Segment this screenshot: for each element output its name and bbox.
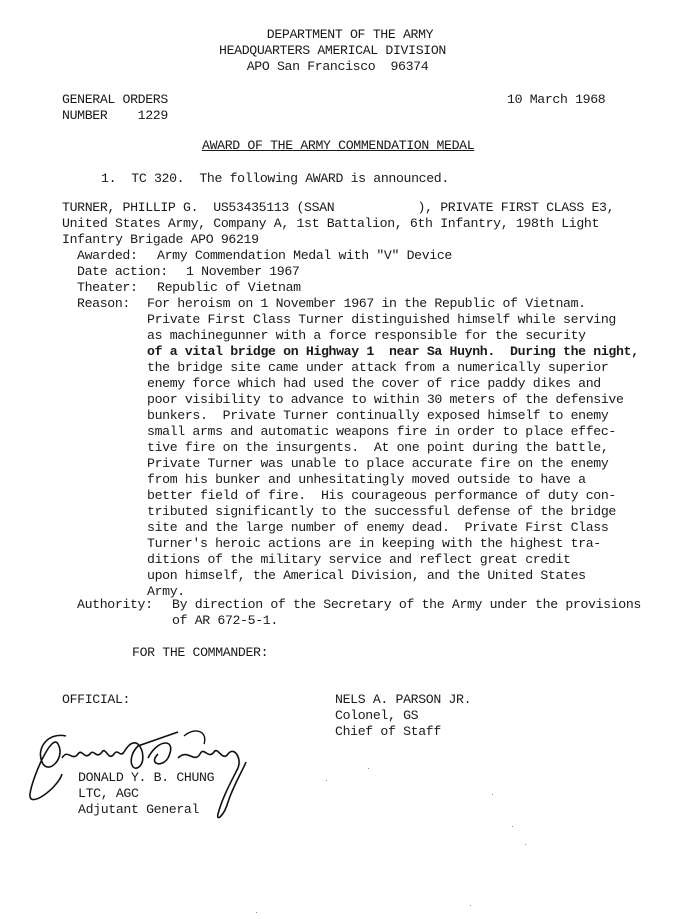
- scan-speck: [512, 826, 513, 827]
- letterhead-department: DEPARTMENT OF THE ARMY: [0, 27, 700, 43]
- signatory-name: NELS A. PARSON JR.: [335, 692, 471, 708]
- reason-line: the bridge site came under attack from a…: [147, 360, 639, 376]
- reason-line: For heroism on 1 November 1967 in the Re…: [147, 296, 639, 312]
- authority-line-1: By direction of the Secretary of the Arm…: [172, 597, 641, 613]
- reason-line: bunkers. Private Turner continually expo…: [147, 408, 639, 424]
- theater-label: Theater:: [77, 280, 138, 296]
- scan-speck: [256, 912, 257, 913]
- reason-line: small arms and automatic weapons fire in…: [147, 424, 639, 440]
- reason-line: Private Turner was unable to place accur…: [147, 456, 639, 472]
- reason-line: tributed significantly to the successful…: [147, 504, 639, 520]
- reason-line: enemy force which had used the cover of …: [147, 376, 639, 392]
- signatory-rank: Colonel, GS: [335, 708, 418, 724]
- scan-speck: [492, 794, 493, 795]
- reason-line: from his bunker and unhesitatingly moved…: [147, 472, 639, 488]
- reason-line: site and the large number of enemy dead.…: [147, 520, 639, 536]
- recipient-line-3: Infantry Brigade APO 96219: [62, 232, 259, 248]
- letterhead-headquarters: HEADQUARTERS AMERICAL DIVISION: [0, 43, 665, 59]
- order-date: 10 March 1968: [507, 92, 605, 108]
- reason-line: of a vital bridge on Highway 1 near Sa H…: [147, 344, 639, 360]
- reason-line: tive fire on the insurgents. At one poin…: [147, 440, 639, 456]
- signatory-title: Chief of Staff: [335, 724, 441, 740]
- paragraph-announcement: 1. TC 320. The following AWARD is announ…: [101, 171, 449, 187]
- scan-speck: [326, 780, 327, 781]
- scan-speck: [470, 905, 471, 906]
- award-title: AWARD OF THE ARMY COMMENDATION MEDAL: [202, 138, 474, 154]
- reason-line: as machinegunner with a force responsibl…: [147, 328, 639, 344]
- official-rank: LTC, AGC: [78, 786, 139, 802]
- awarded-label: Awarded:: [77, 248, 138, 264]
- reason-line: better field of fire. His courageous per…: [147, 488, 639, 504]
- letterhead-address: APO San Francisco 96374: [0, 59, 675, 75]
- scan-speck: [525, 844, 526, 845]
- date-action-value: 1 November 1967: [186, 264, 299, 280]
- date-action-label: Date action:: [77, 264, 168, 280]
- reason-label: Reason:: [77, 296, 130, 312]
- theater-value: Republic of Vietnam: [157, 280, 301, 296]
- scan-speck: [368, 768, 369, 769]
- orders-number: NUMBER 1229: [62, 108, 168, 124]
- official-label: OFFICIAL:: [62, 692, 130, 708]
- recipient-line-1: TURNER, PHILLIP G. US53435113 (SSAN ), P…: [62, 200, 614, 216]
- authority-line-2: of AR 672-5-1.: [172, 613, 278, 629]
- official-title: Adjutant General: [78, 802, 199, 818]
- recipient-line-2: United States Army, Company A, 1st Batta…: [62, 216, 599, 232]
- authority-label: Authority:: [77, 597, 153, 613]
- reason-line: Turner's heroic actions are in keeping w…: [147, 536, 639, 552]
- official-name: DONALD Y. B. CHUNG: [78, 770, 214, 786]
- reason-line: Private First Class Turner distinguished…: [147, 312, 639, 328]
- general-orders-label: GENERAL ORDERS: [62, 92, 168, 108]
- reason-line: poor visibility to advance to within 30 …: [147, 392, 639, 408]
- for-the-commander: FOR THE COMMANDER:: [132, 645, 268, 661]
- reason-text: For heroism on 1 November 1967 in the Re…: [147, 296, 639, 600]
- reason-line: upon himself, the Americal Division, and…: [147, 568, 639, 584]
- reason-line: ditions of the military service and refl…: [147, 552, 639, 568]
- awarded-value: Army Commendation Medal with "V" Device: [157, 248, 452, 264]
